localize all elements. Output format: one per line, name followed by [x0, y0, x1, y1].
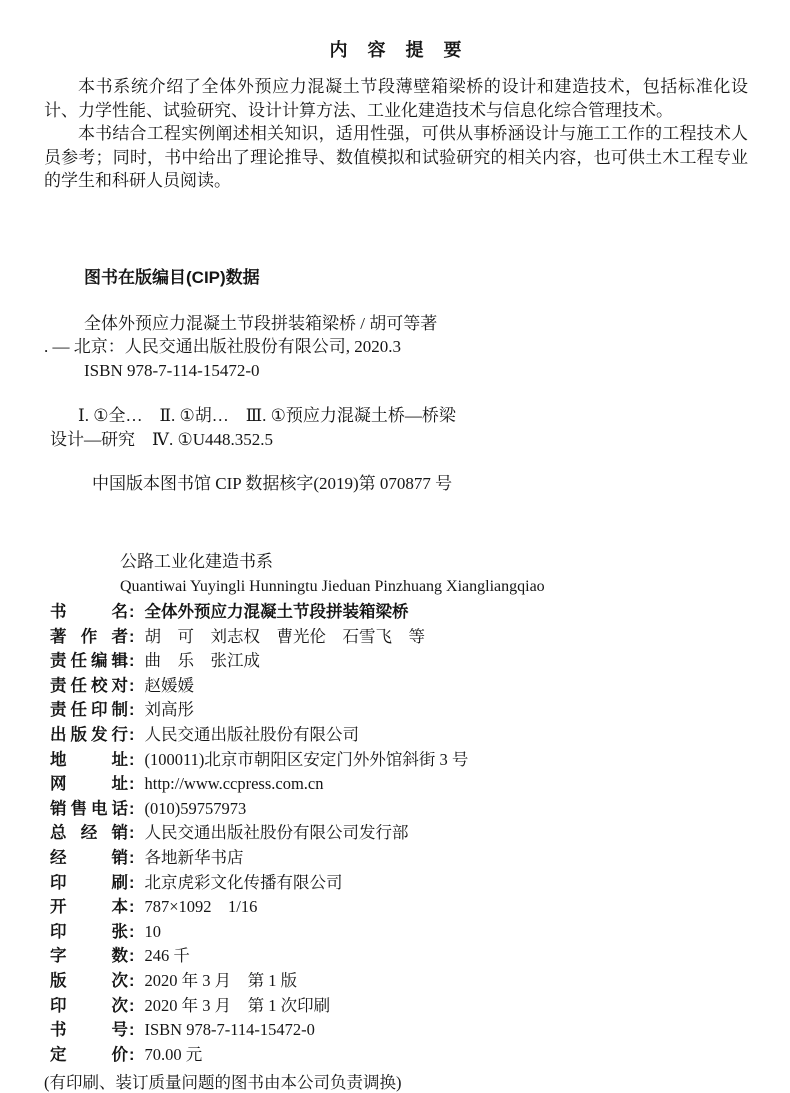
colophon-row: 书号 : ISBN 978-7-114-15472-0	[50, 1018, 754, 1043]
cip-heading: 图书在版编目(CIP)数据	[84, 263, 748, 288]
summary-title: 内 容 提 要	[44, 36, 748, 62]
colophon-row-colon: :	[129, 773, 135, 797]
summary-paragraph-1: 本书系统介绍了全体外预应力混凝土节段薄壁箱梁桥的设计和建造技术，包括标准化设计、…	[44, 75, 748, 122]
series-section: 公路工业化建造书系 Quantiwai Yuyingli Hunningtu J…	[120, 550, 790, 598]
colophon-list: 书名 : 全体外预应力混凝土节段拼装箱梁桥 著作者 : 胡 可 刘志权 曹光伦 …	[50, 601, 754, 1067]
colophon-row-label: 责任编辑	[50, 650, 128, 674]
colophon-row-label: 书名	[50, 601, 128, 625]
colophon-row: 销售电话 : (010)59757973	[50, 797, 754, 822]
colophon-row-value: 2020 年 3 月 第 1 次印刷	[145, 994, 331, 1018]
colophon-row-colon: :	[129, 872, 135, 896]
colophon-row-colon: :	[129, 650, 135, 674]
colophon-row-label: 开本	[50, 896, 128, 920]
colophon-row: 印张 : 10	[50, 920, 754, 945]
colophon-row-colon: :	[129, 749, 135, 773]
colophon-row-value: 北京虎彩文化传播有限公司	[145, 871, 343, 895]
colophon-row-colon: :	[129, 995, 135, 1019]
summary-paragraph-2: 本书结合工程实例阐述相关知识，适用性强，可供从事桥涵设计与施工工作的工程技术人员…	[44, 122, 748, 193]
colophon-row-label: 书号	[50, 1019, 128, 1043]
colophon-row: 地址 : (100011)北京市朝阳区安定门外外馆斜街 3 号	[50, 748, 754, 773]
colophon-row-value: 人民交通出版社股份有限公司	[145, 723, 360, 747]
colophon-row-label: 网址	[50, 773, 128, 797]
colophon-row: 责任印制 : 刘高彤	[50, 698, 754, 723]
colophon-row-colon: :	[129, 847, 135, 871]
colophon-row: 印次 : 2020 年 3 月 第 1 次印刷	[50, 994, 754, 1019]
colophon-row-value: 246 千	[145, 944, 190, 968]
footer-note: (有印刷、装订质量问题的图书由本公司负责调换)	[44, 1071, 790, 1093]
colophon-row-value: 787×1092 1/16	[145, 895, 258, 919]
cip-classification-line-2: 设计—研究 Ⅳ. ①U448.352.5	[44, 428, 748, 452]
colophon-row: 开本 : 787×1092 1/16	[50, 895, 754, 920]
colophon-row-colon: :	[129, 798, 135, 822]
colophon-row: 总经销 : 人民交通出版社股份有限公司发行部	[50, 821, 754, 846]
colophon-row-value: 全体外预应力混凝土节段拼装箱梁桥	[145, 601, 409, 625]
colophon-row-label: 印张	[50, 921, 128, 945]
cip-isbn-line: ISBN 978-7-114-15472-0	[44, 359, 748, 383]
colophon-row: 责任编辑 : 曲 乐 张江成	[50, 649, 754, 674]
colophon-row-label: 字数	[50, 945, 128, 969]
colophon-row-colon: :	[129, 601, 135, 625]
colophon-row: 责任校对 : 赵媛媛	[50, 674, 754, 699]
colophon-row-label: 经销	[50, 847, 128, 871]
cip-section: 图书在版编目(CIP)数据 全体外预应力混凝土节段拼装箱梁桥 / 胡可等著 . …	[44, 263, 748, 497]
colophon-row-label: 定价	[50, 1044, 128, 1068]
colophon-row-label: 责任印制	[50, 699, 128, 723]
colophon-row-value: ISBN 978-7-114-15472-0	[145, 1018, 315, 1042]
colophon-row-label: 责任校对	[50, 675, 128, 699]
colophon-row-value: (100011)北京市朝阳区安定门外外馆斜街 3 号	[145, 748, 469, 772]
colophon-row-label: 出版发行	[50, 724, 128, 748]
colophon-row-value: 胡 可 刘志权 曹光伦 石雪飞 等	[145, 625, 426, 649]
colophon-row-value: (010)59757973	[145, 797, 247, 821]
colophon-row-label: 著作者	[50, 626, 128, 650]
colophon-row-label: 印刷	[50, 872, 128, 896]
colophon-row-label: 销售电话	[50, 798, 128, 822]
colophon-row: 版次 : 2020 年 3 月 第 1 版	[50, 969, 754, 994]
copyright-page: 内 容 提 要 本书系统介绍了全体外预应力混凝土节段薄壁箱梁桥的设计和建造技术，…	[0, 0, 790, 1093]
summary-section: 内 容 提 要 本书系统介绍了全体外预应力混凝土节段薄壁箱梁桥的设计和建造技术，…	[0, 0, 790, 193]
colophon-row-value: 刘高彤	[145, 698, 195, 722]
colophon-row-colon: :	[129, 699, 135, 723]
series-name: 公路工业化建造书系	[120, 550, 790, 573]
series-pinyin: Quantiwai Yuyingli Hunningtu Jieduan Pin…	[120, 575, 790, 598]
colophon-row-label: 总经销	[50, 822, 128, 846]
colophon-row: 网址 : http://www.ccpress.com.cn	[50, 772, 754, 797]
colophon-row-colon: :	[129, 675, 135, 699]
colophon-row: 出版发行 : 人民交通出版社股份有限公司	[50, 723, 754, 748]
cip-publisher-line: . — 北京：人民交通出版社股份有限公司, 2020.3	[44, 335, 748, 359]
colophon-row: 定价 : 70.00 元	[50, 1043, 754, 1068]
colophon-row: 印刷 : 北京虎彩文化传播有限公司	[50, 871, 754, 896]
colophon-row-colon: :	[129, 970, 135, 994]
colophon-row-colon: :	[129, 1044, 135, 1068]
colophon-row: 字数 : 246 千	[50, 944, 754, 969]
colophon-row-colon: :	[129, 921, 135, 945]
cip-title-line: 全体外预应力混凝土节段拼装箱梁桥 / 胡可等著	[44, 312, 748, 336]
colophon-row-label: 地址	[50, 749, 128, 773]
colophon-row-value: 10	[145, 920, 162, 944]
colophon-row-colon: :	[129, 822, 135, 846]
colophon-row-value: 70.00 元	[145, 1043, 203, 1067]
colophon-row: 经销 : 各地新华书店	[50, 846, 754, 871]
colophon-row: 书名 : 全体外预应力混凝土节段拼装箱梁桥	[50, 601, 754, 625]
colophon-row-colon: :	[129, 1019, 135, 1043]
cip-body: 全体外预应力混凝土节段拼装箱梁桥 / 胡可等著 . — 北京：人民交通出版社股份…	[44, 312, 748, 383]
colophon-row-colon: :	[129, 945, 135, 969]
cip-classification: Ⅰ. ①全… Ⅱ. ①胡… Ⅲ. ①预应力混凝土桥—桥梁 设计—研究 Ⅳ. ①U…	[44, 404, 748, 452]
colophon-row-colon: :	[129, 896, 135, 920]
colophon-row-label: 版次	[50, 970, 128, 994]
colophon-row-value: 人民交通出版社股份有限公司发行部	[145, 821, 409, 845]
cip-registry-line: 中国版本图书馆 CIP 数据核字(2019)第 070877 号	[44, 472, 748, 496]
cip-classification-line-1: Ⅰ. ①全… Ⅱ. ①胡… Ⅲ. ①预应力混凝土桥—桥梁	[44, 404, 748, 428]
colophon-row: 著作者 : 胡 可 刘志权 曹光伦 石雪飞 等	[50, 625, 754, 650]
colophon-row-value: 曲 乐 张江成	[145, 649, 261, 673]
colophon-row-colon: :	[129, 724, 135, 748]
colophon-row-value: http://www.ccpress.com.cn	[145, 772, 324, 796]
colophon-row-value: 各地新华书店	[145, 846, 244, 870]
colophon-row-value: 2020 年 3 月 第 1 版	[145, 969, 298, 993]
colophon-row-colon: :	[129, 626, 135, 650]
colophon-row-value: 赵媛媛	[145, 674, 195, 698]
colophon-row-label: 印次	[50, 995, 128, 1019]
